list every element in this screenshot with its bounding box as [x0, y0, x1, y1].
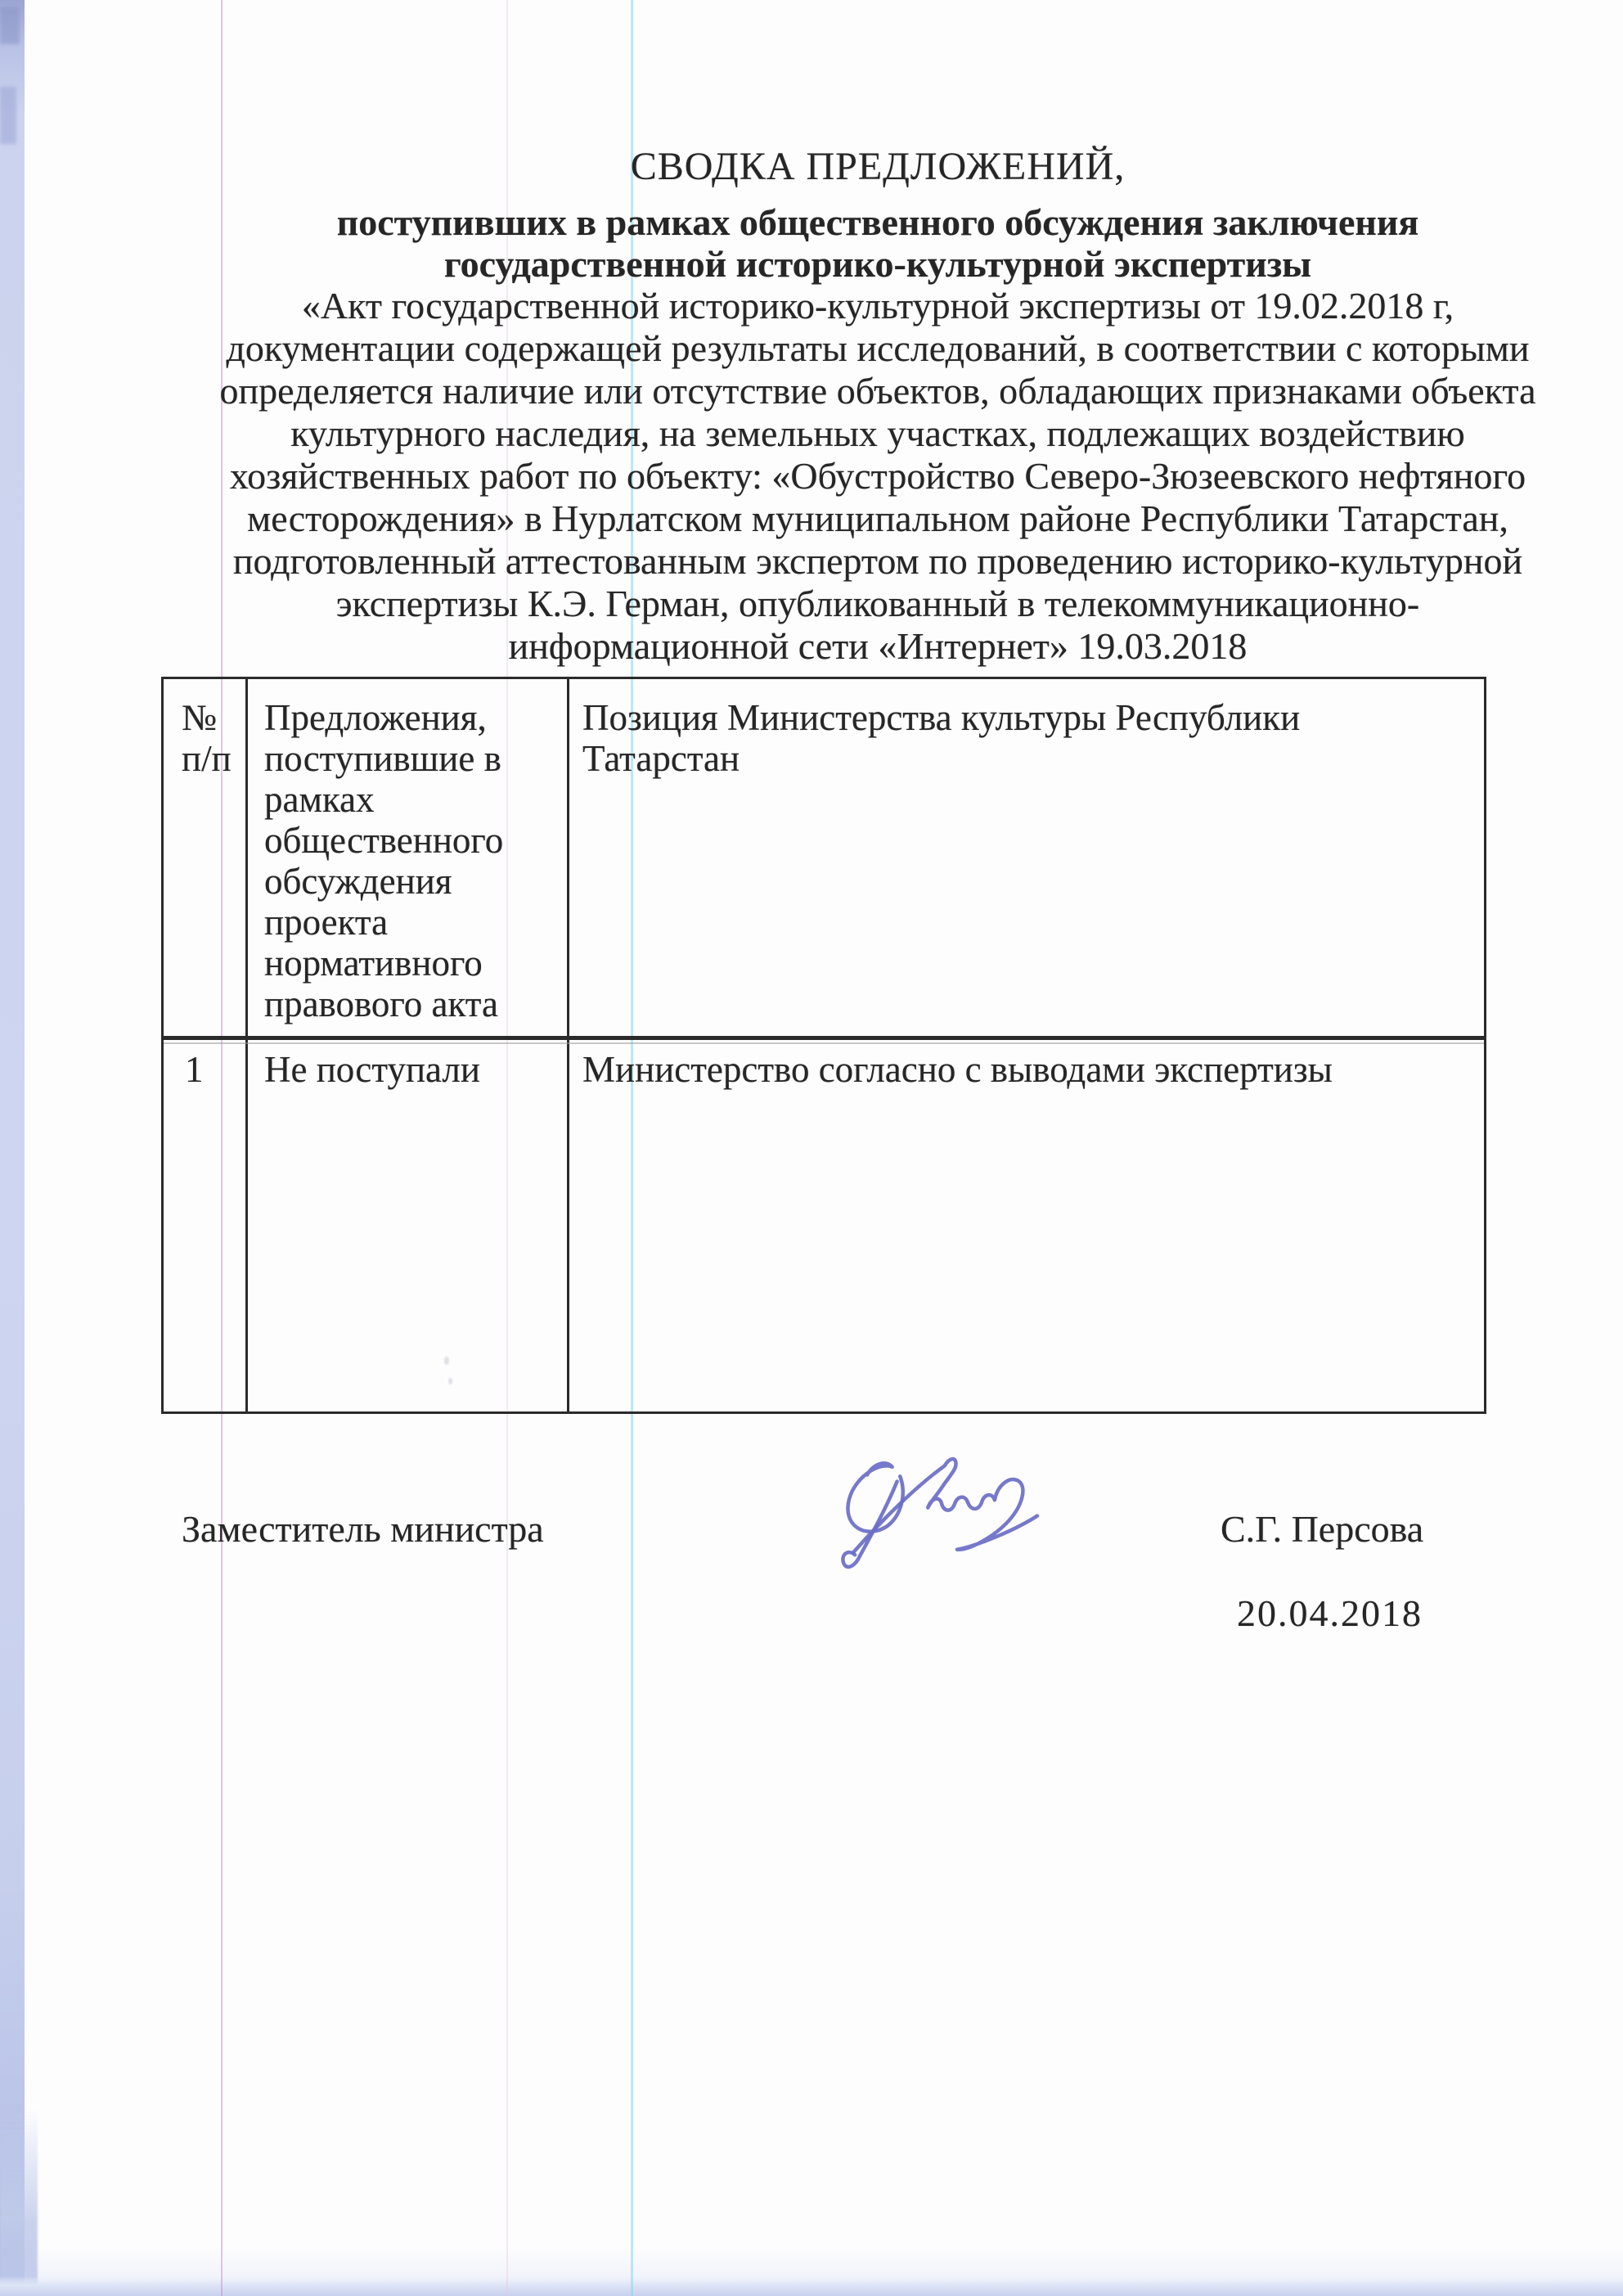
header-proposals-line: Предложения, — [264, 697, 564, 738]
header-proposals-line: правового акта — [264, 984, 564, 1024]
intro-line: информационной сети «Интернет» 19.03.201… — [142, 625, 1614, 668]
header-position-line: Позиция Министерства культуры Республики — [582, 697, 1479, 738]
proposals-table: № п/п Предложения, поступившие в рамках … — [161, 677, 1486, 1414]
table-header-cell-number: № п/п — [164, 697, 245, 779]
scan-edge-band-bottom — [0, 2276, 1623, 2296]
document-intro-paragraph: «Акт государственной историко-культурной… — [142, 285, 1614, 668]
scan-strip-dark-spot-upper — [0, 87, 16, 144]
header-proposals-line: обсуждения — [264, 861, 564, 902]
table-row-cell-proposal: Не поступали — [250, 1049, 564, 1090]
scan-strip-dark-spot-top — [0, 7, 20, 44]
scanned-document-page: СВОДКА ПРЕДЛОЖЕНИЙ, поступивших в рамках… — [0, 0, 1623, 2296]
subtitle-line: поступивших в рамках общественного обсуж… — [142, 201, 1614, 243]
scan-edge-strip-left — [0, 0, 25, 2296]
table-header-separator-echo — [164, 1042, 1484, 1044]
header-number-line: № — [182, 697, 245, 738]
table-column-divider — [567, 679, 569, 1411]
header-position-line: Татарстан — [582, 738, 1479, 779]
header-number-line: п/п — [182, 738, 245, 779]
signature-stroke — [848, 1455, 1038, 1555]
table-row-cell-position: Министерство согласно с выводами эксперт… — [571, 1049, 1479, 1090]
table-column-divider — [245, 679, 248, 1411]
intro-line: месторождения» в Нурлатском муниципально… — [142, 497, 1614, 540]
signatory-post-label: Заместитель министра — [182, 1508, 544, 1551]
header-proposals-line: проекта — [264, 902, 564, 943]
header-proposals-line: нормативного — [264, 943, 564, 984]
table-header-cell-position: Позиция Министерства культуры Республики… — [571, 697, 1479, 779]
intro-line: хозяйственных работ по объекту: «Обустро… — [142, 455, 1614, 497]
intro-line: определяется наличие или отсутствие объе… — [142, 370, 1614, 412]
signature-date: 20.04.2018 — [1237, 1592, 1423, 1635]
handwritten-signature — [815, 1441, 1059, 1596]
subtitle-line: государственной историко-культурной эксп… — [142, 243, 1614, 285]
signature-stroke — [846, 1462, 906, 1533]
header-proposals-line: поступившие в — [264, 738, 564, 779]
intro-line: подготовленный аттестованным экспертом п… — [142, 540, 1614, 583]
document-title: СВОДКА ПРЕДЛОЖЕНИЙ, — [142, 144, 1614, 190]
intro-line: культурного наследия, на земельных участ… — [142, 412, 1614, 455]
intro-line: экспертизы К.Э. Герман, опубликованный в… — [142, 583, 1614, 625]
document-header: СВОДКА ПРЕДЛОЖЕНИЙ, поступивших в рамках… — [142, 144, 1614, 668]
header-proposals-line: рамках — [264, 779, 564, 820]
intro-line: документации содержащей результаты иссле… — [142, 327, 1614, 370]
table-row-cell-number: 1 — [164, 1049, 245, 1090]
document-subtitle: поступивших в рамках общественного обсуж… — [142, 201, 1614, 285]
table-header-separator — [164, 1036, 1484, 1040]
signatory-name: С.Г. Персова — [1221, 1508, 1423, 1551]
table-header-cell-proposals: Предложения, поступившие в рамках общест… — [250, 697, 564, 1024]
header-proposals-line: общественного — [264, 820, 564, 861]
intro-line: «Акт государственной историко-культурной… — [142, 285, 1614, 327]
